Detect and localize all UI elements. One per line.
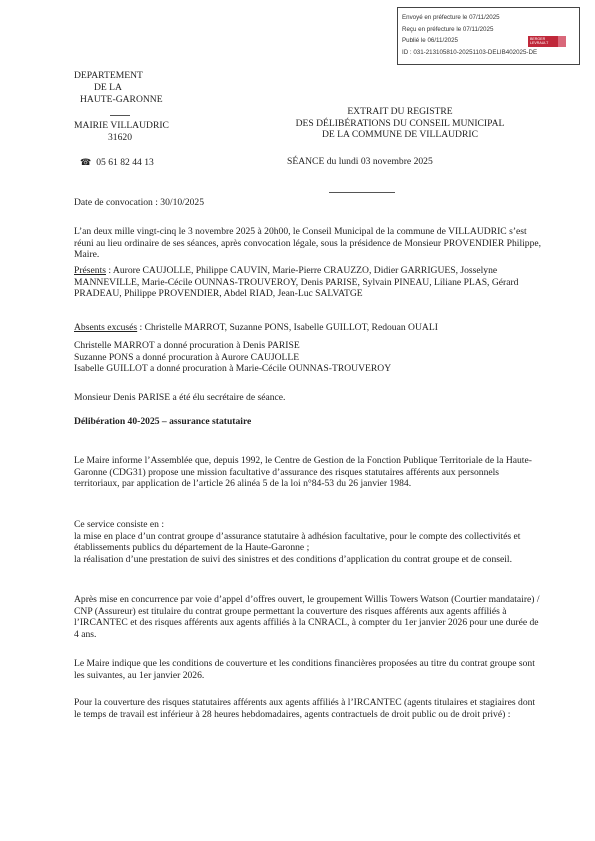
stamp-sent: Envoyé en préfecture le 07/11/2025: [402, 12, 579, 24]
paragraph-ircantec: Pour la couverture des risques statutair…: [74, 697, 544, 720]
presents-paragraph: Présents : Aurore CAUJOLLE, Philippe CAU…: [74, 265, 544, 300]
procurations: Christelle MARROT a donné procuration à …: [74, 340, 544, 375]
department-line: DE LA: [74, 82, 194, 94]
absents-label: Absents excusés: [74, 322, 137, 333]
paragraph-text: la réalisation d’une prestation de suivi…: [74, 554, 544, 566]
prefecture-stamp: Envoyé en préfecture le 07/11/2025 Reçu …: [397, 7, 580, 65]
secretaire-text: Monsieur Denis PARISE a été élu secrétai…: [74, 392, 544, 404]
paragraph-text: la mise en place d’un contrat groupe d’a…: [74, 531, 544, 554]
secretaire-line: Monsieur Denis PARISE a été élu secrétai…: [74, 392, 544, 404]
paragraph-service: Ce service consiste en : la mise en plac…: [74, 519, 544, 565]
paragraph-conditions: Le Maire indique que les conditions de c…: [74, 658, 544, 681]
intro-paragraph: L’an deux mille vingt-cinq le 3 novembre…: [74, 226, 544, 261]
intro-text: L’an deux mille vingt-cinq le 3 novembre…: [74, 226, 544, 261]
department-line: HAUTE-GARONNE: [74, 94, 194, 106]
stamp-received: Reçu en préfecture le 07/11/2025: [402, 24, 579, 36]
procuration-item: Suzanne PONS a donné procuration à Auror…: [74, 352, 544, 364]
presents-label: Présents: [74, 265, 106, 276]
absents-list: : Christelle MARROT, Suzanne PONS, Isabe…: [137, 322, 438, 333]
register-header: EXTRAIT DU REGISTRE DES DÉLIBÉRATIONS DU…: [280, 106, 520, 141]
mairie-name: MAIRIE VILLAUDRIC: [74, 120, 169, 132]
divider: [110, 115, 130, 116]
phone-number: 05 61 82 44 13: [96, 157, 154, 168]
phone-line: ☎05 61 82 44 13: [80, 156, 154, 169]
paragraph-text: Ce service consiste en :: [74, 519, 544, 531]
telephone-icon: ☎: [80, 156, 91, 168]
paragraph-text: Le Maire indique que les conditions de c…: [74, 658, 544, 681]
paragraph-text: Pour la couverture des risques statutair…: [74, 697, 544, 720]
seance-date: SÉANCE du lundi 03 novembre 2025: [287, 156, 433, 168]
paragraph-text: Après mise en concurrence par voie d’app…: [74, 594, 544, 640]
berger-levrault-logo-icon: BERGER LEVRAULT: [528, 36, 558, 47]
absents-paragraph: Absents excusés : Christelle MARROT, Suz…: [74, 322, 544, 334]
presents-list: : Aurore CAUJOLLE, Philippe CAUVIN, Mari…: [74, 265, 518, 299]
register-title-line: DE LA COMMUNE DE VILLAUDRIC: [280, 129, 520, 141]
stamp-id: ID : 031-213105810-20251103-DELIB402025-…: [402, 47, 579, 59]
department-header: DEPARTEMENT DE LA HAUTE-GARONNE: [74, 70, 194, 106]
department-line: DEPARTEMENT: [74, 70, 194, 82]
procuration-item: Christelle MARROT a donné procuration à …: [74, 340, 544, 352]
postal-code: 31620: [108, 132, 132, 144]
convocation-text: Date de convocation : 30/10/2025: [74, 197, 544, 209]
procuration-item: Isabelle GUILLOT a donné procuration à M…: [74, 363, 544, 375]
divider: [329, 192, 395, 193]
paragraph-cdg31: Le Maire informe l’Assemblée que, depuis…: [74, 455, 544, 490]
logo-text: BERGER LEVRAULT: [530, 37, 548, 45]
convocation-date: Date de convocation : 30/10/2025: [74, 197, 544, 209]
register-title-line: EXTRAIT DU REGISTRE: [280, 106, 520, 118]
paragraph-text: Le Maire informe l’Assemblée que, depuis…: [74, 455, 544, 490]
deliberation-title-text: Délibération 40-2025 – assurance statuta…: [74, 416, 544, 428]
deliberation-title: Délibération 40-2025 – assurance statuta…: [74, 416, 544, 428]
paragraph-contract: Après mise en concurrence par voie d’app…: [74, 594, 544, 640]
register-title-line: DES DÉLIBÉRATIONS DU CONSEIL MUNICIPAL: [280, 118, 520, 130]
